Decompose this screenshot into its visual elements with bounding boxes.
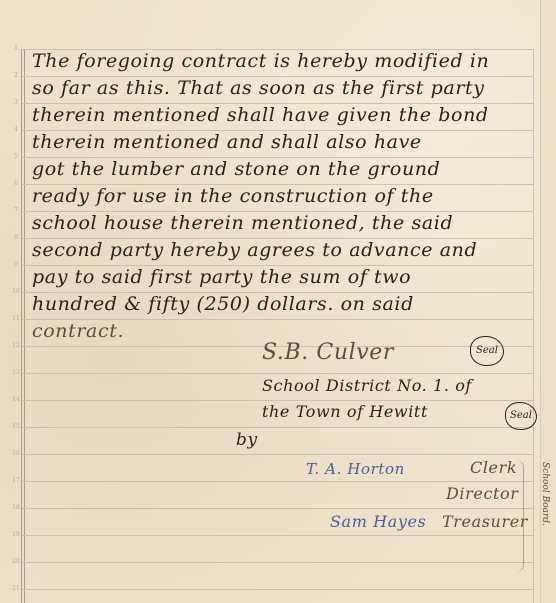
rule-line — [22, 427, 533, 428]
treasurer-signature: Sam Hayes — [330, 512, 426, 531]
signer-signature: S.B. Culver — [262, 340, 394, 365]
bracket-mark — [513, 460, 524, 572]
body-line-10: hundred & fifty (250) dollars. on said — [32, 293, 414, 315]
rule-line — [22, 508, 533, 509]
line-number: 3 — [10, 99, 22, 106]
right-frame-line — [533, 49, 534, 603]
body-line-9: pay to said first party the sum of two — [32, 266, 411, 288]
seal-stamp-1: Seal — [470, 336, 504, 366]
rule-line — [22, 481, 533, 482]
line-number: 7 — [10, 207, 22, 214]
margin-note: School Board. — [540, 462, 550, 526]
body-line-4: therein mentioned and shall also have — [32, 131, 422, 153]
rule-line — [22, 589, 533, 590]
line-number: 4 — [10, 126, 22, 133]
line-number: 13 — [10, 369, 22, 376]
line-number: 11 — [10, 315, 22, 322]
line-number: 10 — [10, 288, 22, 295]
body-line-6: ready for use in the construction of the — [32, 185, 434, 207]
district-line-1: School District No. 1. of — [262, 376, 472, 395]
clerk-signature: T. A. Horton — [306, 460, 405, 478]
line-number: 21 — [10, 585, 22, 592]
line-number: 17 — [10, 477, 22, 484]
by-label: by — [236, 430, 258, 450]
line-number: 5 — [10, 153, 22, 160]
line-number: 6 — [10, 180, 22, 187]
seal-stamp-2: Seal — [505, 402, 537, 430]
clerk-title: Clerk — [470, 458, 517, 477]
line-number: 1 — [10, 45, 22, 52]
line-number: 12 — [10, 342, 22, 349]
body-line-11: contract. — [32, 320, 124, 342]
line-number: 15 — [10, 423, 22, 430]
line-number: 9 — [10, 261, 22, 268]
body-line-1: The foregoing contract is hereby modifie… — [32, 50, 489, 72]
line-number: 18 — [10, 504, 22, 511]
rule-line — [22, 400, 533, 401]
line-number: 2 — [10, 72, 22, 79]
rule-line — [22, 535, 533, 536]
district-line-2: the Town of Hewitt — [262, 402, 428, 421]
body-line-2: so far as this. That as soon as the firs… — [32, 77, 485, 99]
line-number: 19 — [10, 531, 22, 538]
rule-line — [22, 373, 533, 374]
line-number: 16 — [10, 450, 22, 457]
seal-label: Seal — [476, 345, 498, 356]
body-line-3: therein mentioned shall have given the b… — [32, 104, 489, 126]
line-number: 8 — [10, 234, 22, 241]
line-number: 20 — [10, 558, 22, 565]
body-line-8: second party hereby agrees to advance an… — [32, 239, 477, 261]
line-number: 14 — [10, 396, 22, 403]
rule-line — [22, 454, 533, 455]
rule-line — [22, 562, 533, 563]
body-line-7: school house therein mentioned, the said — [32, 212, 453, 234]
margin-line-inner — [24, 49, 25, 603]
body-line-5: got the lumber and stone on the ground — [32, 158, 440, 180]
director-title: Director — [446, 484, 519, 503]
seal-label: Seal — [510, 410, 532, 421]
